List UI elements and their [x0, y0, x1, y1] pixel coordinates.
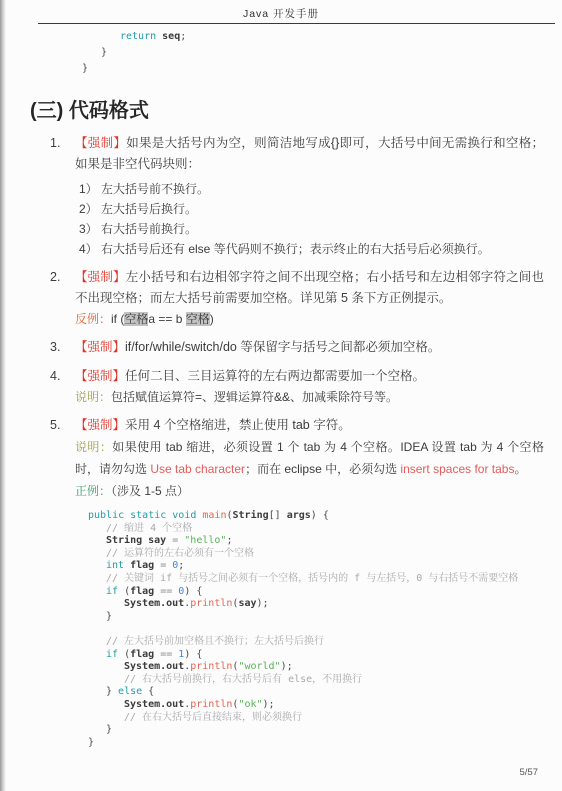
code-token: else [118, 686, 142, 697]
mandatory-tag: 【强制】 [75, 418, 125, 432]
code-line: } [82, 61, 186, 77]
code-token: if [106, 586, 124, 597]
code-token: "world" [238, 661, 280, 672]
code-line: return seq; [82, 29, 186, 45]
rule-item: 1.【强制】如果是大括号内为空，则简洁地写成{}即可，大括号中间无需换行和空格；… [50, 133, 544, 259]
code-token: } [106, 611, 112, 622]
code-token: ; [226, 535, 232, 546]
rule-sub-item: 2） 左大括号后换行。 [75, 199, 544, 219]
code-token: String say [106, 535, 166, 546]
mandatory-tag: 【强制】 [75, 340, 125, 354]
code-token: } [88, 737, 94, 748]
page-number: 5/57 [520, 767, 539, 778]
text-segment: ) [210, 312, 214, 326]
code-line: // 运算符的左右必须有一个空格 [88, 548, 544, 561]
text-segment: 空格 [186, 312, 210, 326]
code-line: } [88, 737, 544, 750]
code-token: println [190, 598, 232, 609]
rule-body: 【强制】左小括号和右边相邻字符之间不出现空格；右小括号和左边相邻字符之间也不出现… [75, 267, 544, 309]
code-line: // 右大括号前换行，右大括号后有 else，不用换行 [88, 674, 544, 687]
code-token: } [101, 47, 107, 58]
section-title: (三) 代码格式 [30, 94, 149, 123]
note-label: 说明： [75, 390, 111, 404]
header-divider [38, 23, 555, 24]
rule-content: 【强制】if/for/while/switch/do 等保留字与括号之间都必须加… [75, 337, 544, 358]
code-token: ); [281, 661, 293, 672]
text-segment: 包括赋值运算符=、逻辑运算符&&、加减乘除符号等。 [111, 390, 398, 404]
rule-item: 4.【强制】任何二目、三目运算符的左右两边都需要加一个空格。说明：包括赋值运算符… [50, 366, 544, 407]
rule-note-line: 反例：if (空格a == b 空格) [75, 309, 544, 329]
code-snippet-top: return seq;}} [82, 29, 186, 77]
rule-number: 1. [50, 133, 75, 259]
code-token: flag [130, 586, 154, 597]
rule-content: 【强制】左小括号和右边相邻字符之间不出现空格；右小括号和左边相邻字符之间也不出现… [75, 267, 544, 329]
code-token: [] [269, 510, 287, 521]
code-token: int [106, 560, 130, 571]
code-token: // 右大括号前换行，右大括号后有 else，不用换行 [124, 674, 362, 685]
code-line: // 左大括号前加空格且不换行；左大括号后换行 [88, 636, 544, 649]
rules-list: 1.【强制】如果是大括号内为空，则简洁地写成{}即可，大括号中间无需换行和空格；… [50, 133, 544, 502]
rule-sub-list: 1） 左大括号前不换行。2） 左大括号后换行。3） 右大括号前换行。4） 右大括… [75, 179, 544, 259]
rule-text: 左小括号和右边相邻字符之间不出现空格；右小括号和左边相邻字符之间也不出现空格；而… [75, 270, 544, 305]
code-token: flag [130, 649, 154, 660]
rule-body: 【强制】如果是大括号内为空，则简洁地写成{}即可，大括号中间无需换行和空格；如果… [75, 133, 544, 175]
code-token: if [106, 649, 124, 660]
code-token: args [287, 510, 311, 521]
code-line: // 缩进 4 个空格 [88, 523, 544, 536]
page-header: Java 开发手册 [0, 6, 562, 21]
code-token: ; [180, 31, 186, 42]
rule-body: 【强制】if/for/while/switch/do 等保留字与括号之间都必须加… [75, 337, 544, 358]
code-token: System.out [124, 699, 184, 710]
document-title: Java 开发手册 [243, 8, 319, 20]
code-token: == [154, 586, 178, 597]
code-line [88, 623, 544, 636]
code-token: main [202, 510, 226, 521]
text-segment: 。 [514, 462, 526, 476]
rule-number: 5. [50, 415, 75, 502]
rule-note-line: 正例：（涉及 1-5 点） [75, 480, 544, 502]
rule-item: 5.【强制】采用 4 个空格缩进，禁止使用 tab 字符。说明：如果使用 tab… [50, 415, 544, 502]
code-token: // 运算符的左右必须有一个空格 [106, 548, 254, 559]
mandatory-tag: 【强制】 [75, 270, 126, 284]
rule-item: 2.【强制】左小括号和右边相邻字符之间不出现空格；右小括号和左边相邻字符之间也不… [50, 267, 544, 329]
rule-text: 如果是大括号内为空，则简洁地写成{}即可，大括号中间无需换行和空格；如果是非空代… [75, 136, 544, 171]
rule-body: 【强制】任何二目、三目运算符的左右两边都需要加一个空格。 [75, 366, 544, 387]
code-line: System.out.println(say); [88, 598, 544, 611]
code-token: ; [178, 560, 184, 571]
code-token: ); [263, 699, 275, 710]
code-token: { [142, 686, 154, 697]
positive-example-label: 正例： [75, 484, 111, 498]
code-line: int flag = 0; [88, 560, 544, 573]
rule-number: 2. [50, 267, 75, 329]
code-token: seq [162, 31, 180, 42]
code-token: public static void [88, 510, 202, 521]
rule-body: 【强制】采用 4 个空格缩进，禁止使用 tab 字符。 [75, 415, 544, 436]
mandatory-tag: 【强制】 [75, 369, 125, 383]
code-token: = [154, 560, 172, 571]
code-line: } else { [88, 686, 544, 699]
code-token: // 关键词 if 与括号之间必须有一个空格，括号内的 f 与左括号，0 与右括… [106, 573, 518, 584]
code-token: String [233, 510, 269, 521]
code-token: println [190, 699, 232, 710]
rule-content: 【强制】任何二目、三目运算符的左右两边都需要加一个空格。说明：包括赋值运算符=、… [75, 366, 544, 407]
code-line: if (flag == 0) { [88, 586, 544, 599]
rule-item: 3.【强制】if/for/while/switch/do 等保留字与括号之间都必… [50, 337, 544, 358]
code-line: if (flag == 1) { [88, 649, 544, 662]
code-line: public static void main(String[] args) { [88, 510, 544, 523]
code-token: // 在右大括号后直接结束，则必须换行 [124, 712, 302, 723]
rule-note-line: 说明：包括赋值运算符=、逻辑运算符&&、加减乘除符号等。 [75, 387, 544, 407]
code-token: == [154, 649, 178, 660]
code-line: } [88, 611, 544, 624]
rule-number: 4. [50, 366, 75, 407]
mandatory-tag: 【强制】 [75, 136, 126, 150]
code-token: flag [130, 560, 154, 571]
rule-note-line: 说明：如果使用 tab 缩进，必须设置 1 个 tab 为 4 个空格。IDEA… [75, 436, 544, 480]
rule-sub-item: 4） 右大括号后还有 else 等代码则不换行；表示终止的右大括号后必须换行。 [75, 239, 544, 259]
rule-number: 3. [50, 337, 75, 358]
rule-text: 采用 4 个空格缩进，禁止使用 tab 字符。 [125, 418, 351, 432]
code-token: } [106, 686, 118, 697]
code-line: } [82, 45, 186, 61]
text-segment: Use tab character [150, 462, 245, 476]
code-token: = [166, 535, 184, 546]
text-segment: 空格 [124, 312, 148, 326]
code-token: } [82, 63, 88, 74]
code-line: // 关键词 if 与括号之间必须有一个空格，括号内的 f 与左括号，0 与右括… [88, 573, 544, 586]
code-token: return [120, 31, 162, 42]
code-line: System.out.println("ok"); [88, 699, 544, 712]
rule-content: 【强制】如果是大括号内为空，则简洁地写成{}即可，大括号中间无需换行和空格；如果… [75, 133, 544, 259]
rule-sub-item: 3） 右大括号前换行。 [75, 219, 544, 239]
code-line: } [88, 724, 544, 737]
text-segment: （涉及 1-5 点） [111, 484, 189, 498]
rule-content: 【强制】采用 4 个空格缩进，禁止使用 tab 字符。说明：如果使用 tab 缩… [75, 415, 544, 502]
code-token: System.out [124, 598, 184, 609]
code-token: } [106, 724, 112, 735]
code-token: "ok" [238, 699, 262, 710]
code-token: "hello" [184, 535, 226, 546]
code-token: ); [257, 598, 269, 609]
counter-example-label: 反例： [75, 312, 111, 326]
text-segment: ；而在 eclipse 中，必须勾选 [245, 462, 400, 476]
code-line: String say = "hello"; [88, 535, 544, 548]
rule-text: 任何二目、三目运算符的左右两边都需要加一个空格。 [125, 369, 425, 383]
code-line: System.out.println("world"); [88, 661, 544, 674]
code-token: ) { [184, 586, 202, 597]
rule-sub-item: 1） 左大括号前不换行。 [75, 179, 544, 199]
code-token: // 左大括号前加空格且不换行；左大括号后换行 [106, 636, 324, 647]
code-token: System.out [124, 661, 184, 672]
text-segment: insert spaces for tabs [400, 462, 514, 476]
code-token: // 缩进 4 个空格 [106, 523, 192, 534]
code-token: say [238, 598, 256, 609]
code-line: // 在右大括号后直接结束，则必须换行 [88, 712, 544, 725]
document-page: Java 开发手册 return seq;}} (三) 代码格式 1.【强制】如… [0, 0, 562, 791]
code-token: ) { [311, 510, 329, 521]
code-token: ) { [184, 649, 202, 660]
page-content: 1.【强制】如果是大括号内为空，则简洁地写成{}即可，大括号中间无需换行和空格；… [50, 133, 544, 749]
text-segment: a == b [148, 312, 185, 326]
rule-text: if/for/while/switch/do 等保留字与括号之间都必须加空格。 [125, 340, 440, 354]
note-label: 说明： [75, 440, 112, 454]
code-example-block: public static void main(String[] args) {… [88, 510, 544, 749]
code-token: println [190, 661, 232, 672]
text-segment: if ( [111, 312, 124, 326]
